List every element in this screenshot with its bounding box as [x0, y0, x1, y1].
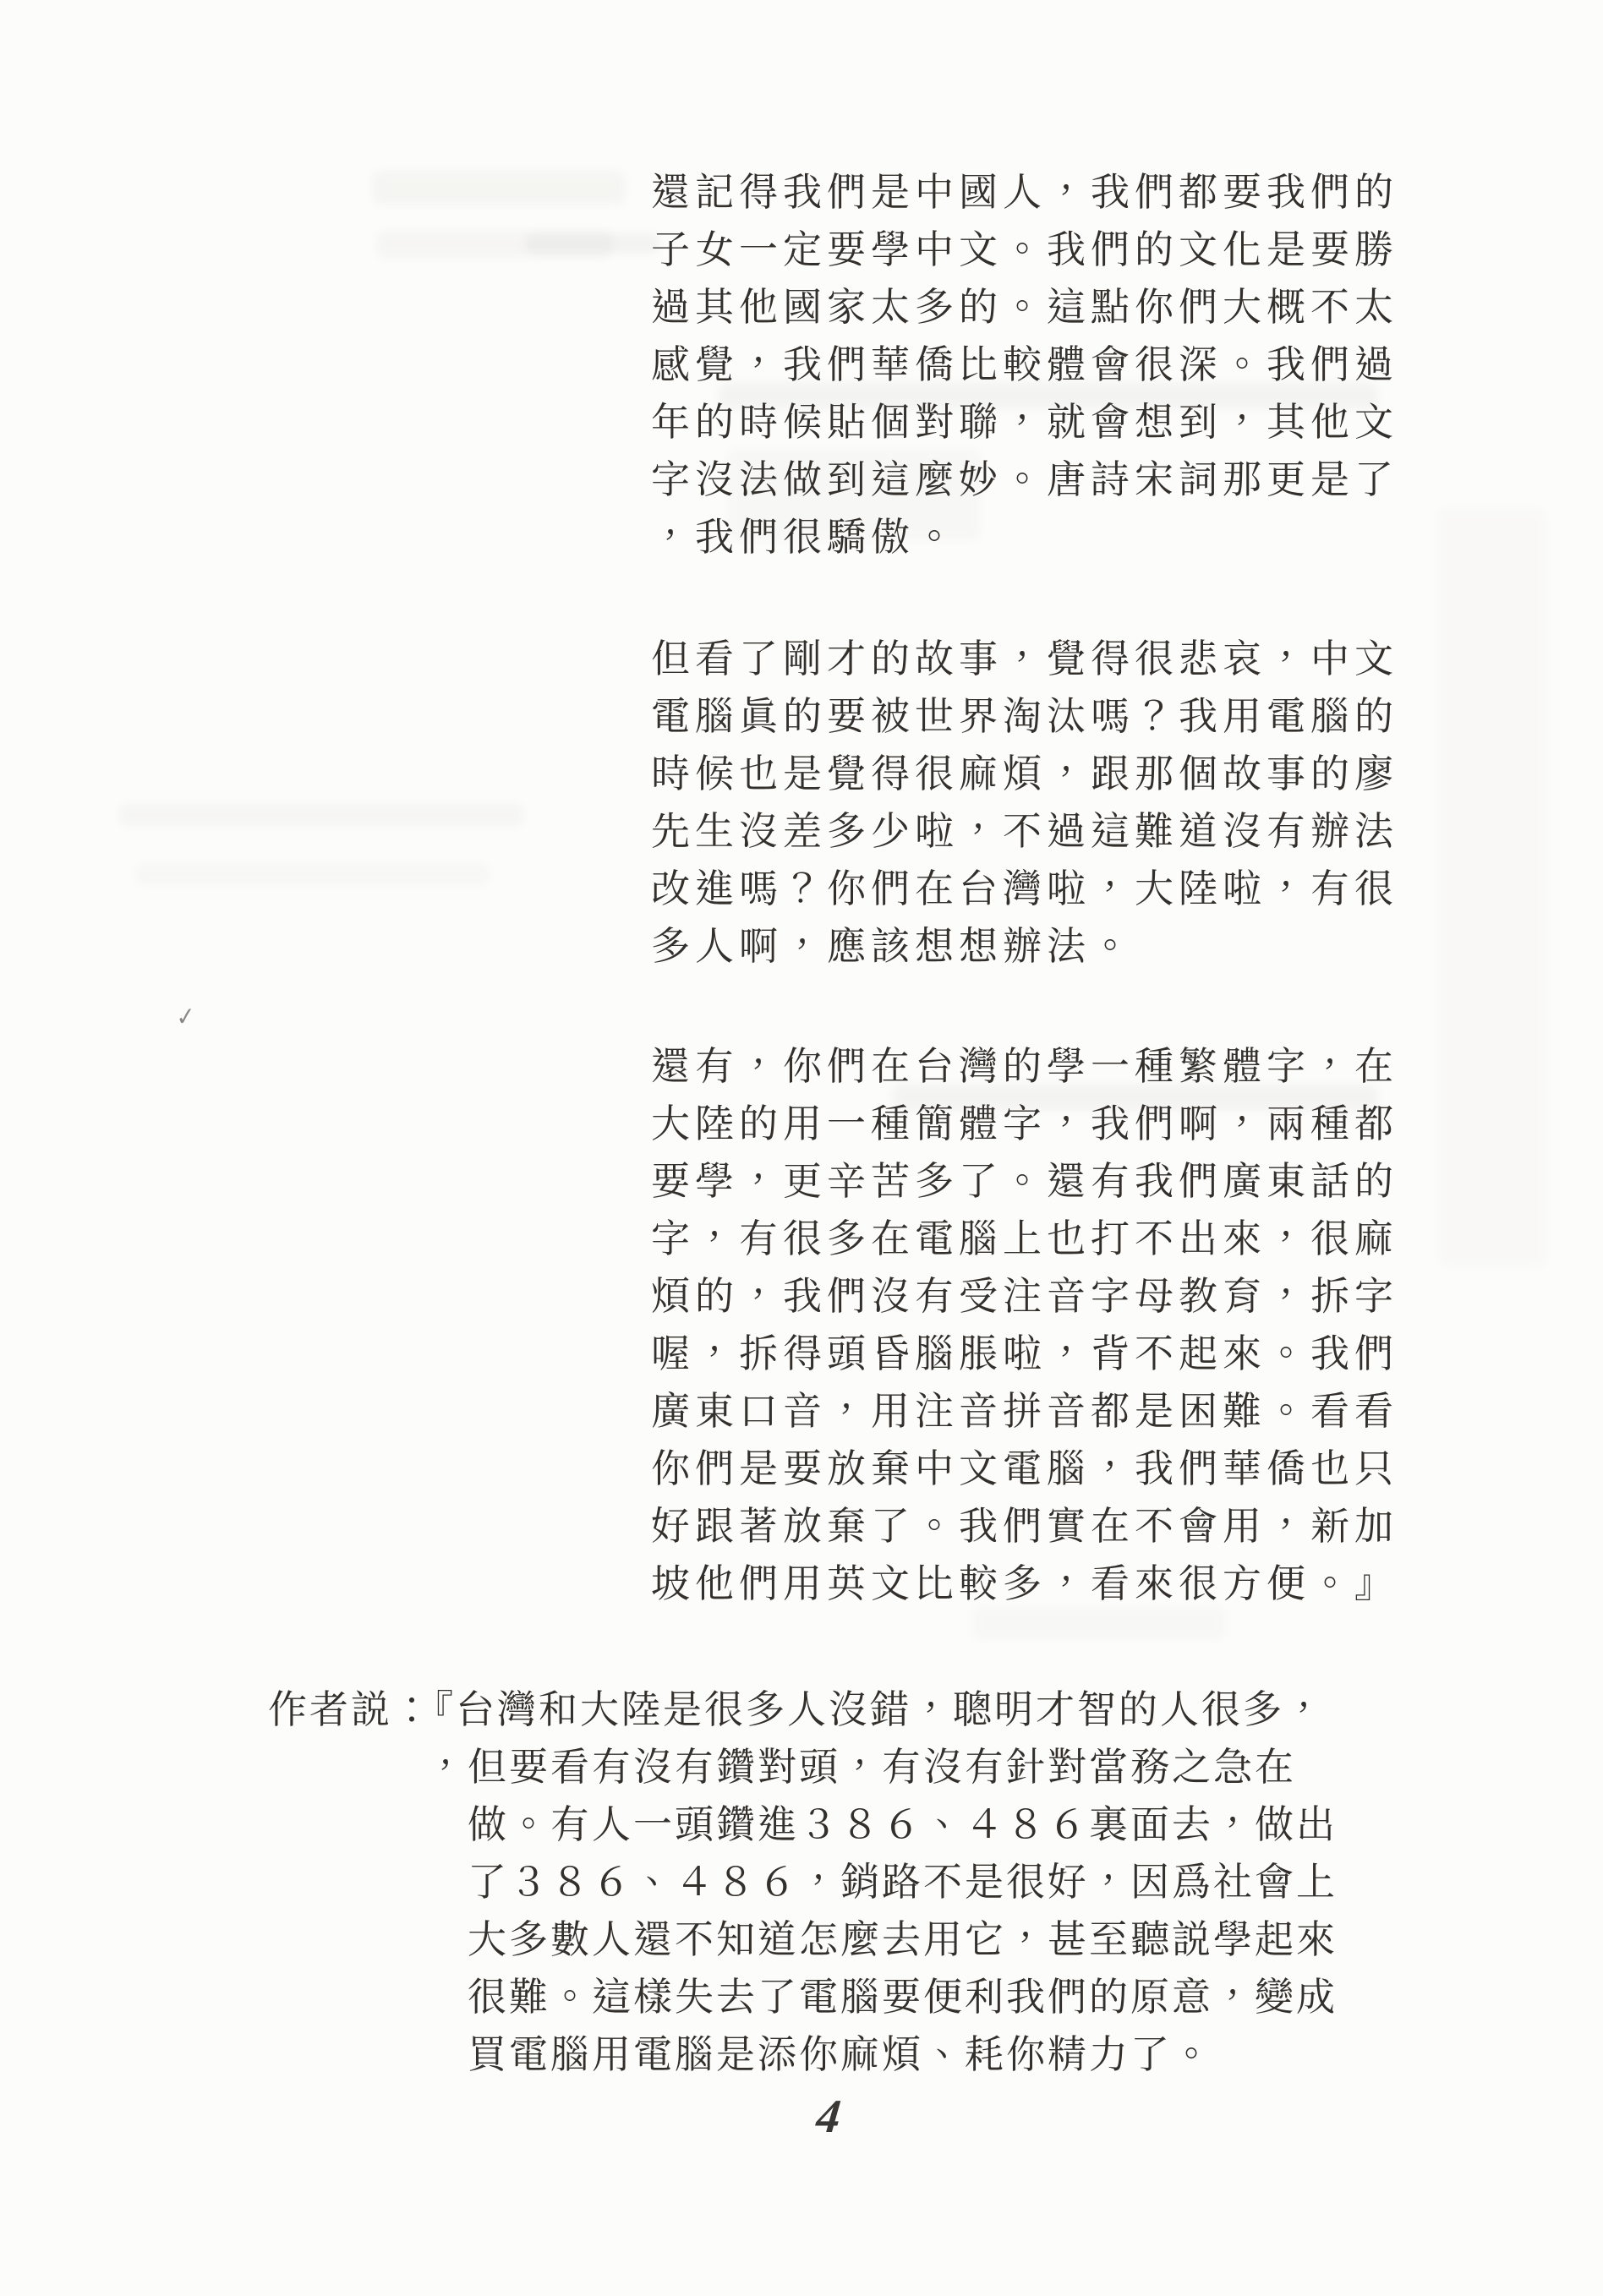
bleedthrough-smudge	[118, 803, 524, 827]
page-number: 4	[784, 2090, 874, 2144]
text-line: 先生沒差多少啦，不過這難道沒有辦法	[651, 803, 1398, 861]
quote-paragraph-1: 還記得我們是中國人，我們都要我們的子女一定要學中文。我們的文化是要勝過其他國家太…	[651, 164, 1398, 566]
text-line: 你們是要放棄中文電腦，我們華僑也只	[651, 1440, 1398, 1498]
text-line: 但看了剛才的故事，覺得很悲哀，中文	[651, 631, 1398, 688]
text-line: 還有，你們在台灣的學一種繁體字，在	[651, 1038, 1398, 1096]
text-line: 買電腦用電腦是添你麻煩、耗你精力了。	[468, 2026, 1338, 2084]
text-line: 感覺，我們華僑比較體會很深。我們過	[651, 336, 1398, 394]
text-line: 好跟著放棄了。我們實在不會用，新加	[651, 1498, 1398, 1555]
text-line: 很難。這樣失去了電腦要便利我們的原意，變成	[468, 1969, 1338, 2026]
bleedthrough-smudge	[135, 862, 490, 886]
text-line: 字，有很多在電腦上也打不出來，很麻	[651, 1211, 1398, 1268]
text-line: 大陸的用一種簡體字，我們啊，兩種都	[651, 1096, 1398, 1153]
text-line: ，但要看有沒有鑽對頭，有沒有針對當務之急在	[426, 1739, 1338, 1796]
text-line: 字沒法做到這麼妙。唐詩宋詞那更是了	[651, 451, 1398, 509]
text-line: 坡他們用英文比較多，看來很方便。』	[651, 1555, 1398, 1613]
scanned-page: ✓ 還記得我們是中國人，我們都要我們的子女一定要學中文。我們的文化是要勝過其他國…	[0, 0, 1603, 2296]
text-line: 子女一定要學中文。我們的文化是要勝	[651, 221, 1398, 279]
bleedthrough-smudge	[372, 171, 626, 205]
quote-paragraph-3: 還有，你們在台灣的學一種繁體字，在大陸的用一種簡體字，我們啊，兩種都要學，更辛苦…	[651, 1038, 1398, 1613]
text-line: 作者説：『台灣和大陸是很多人沒錯，聰明才智的人很多，	[268, 1681, 1338, 1739]
text-line: 大多數人還不知道怎麼去用它，甚至聽説學起來	[468, 1911, 1338, 1969]
text-line: 過其他國家太多的。這點你們大概不太	[651, 279, 1398, 336]
text-line: 時候也是覺得很麻煩，跟那個故事的廖	[651, 746, 1398, 803]
bleedthrough-smudge	[1437, 507, 1547, 1268]
text-line: 做。有人一頭鑽進３８６、４８６裏面去，做出	[468, 1796, 1338, 1854]
text-line: 年的時候貼個對聯，就會想到，其他文	[651, 394, 1398, 451]
text-line: ，我們很驕傲。	[651, 509, 1398, 566]
quote-paragraph-2: 但看了剛才的故事，覺得很悲哀，中文電腦眞的要被世界淘汰嗎？我用電腦的時候也是覺得…	[651, 631, 1398, 976]
bleedthrough-smudge	[376, 230, 613, 259]
text-line: 電腦眞的要被世界淘汰嗎？我用電腦的	[651, 688, 1398, 746]
text-line: 還記得我們是中國人，我們都要我們的	[651, 164, 1398, 221]
author-comment-paragraph: 作者説：『台灣和大陸是很多人沒錯，聰明才智的人很多，，但要看有沒有鑽對頭，有沒有…	[268, 1681, 1338, 2084]
stray-tick-mark: ✓	[175, 1001, 197, 1032]
text-line: 多人啊，應該想想辦法。	[651, 918, 1398, 976]
text-line: 廣東口音，用注音拼音都是困難。看看	[651, 1383, 1398, 1440]
text-line: 了３８６、４８６，銷路不是很好，因爲社會上	[468, 1854, 1338, 1911]
text-line: 喔，拆得頭昏腦脹啦，背不起來。我們	[651, 1326, 1398, 1383]
text-line: 要學，更辛苦多了。還有我們廣東話的	[651, 1153, 1398, 1211]
text-line: 改進嗎？你們在台灣啦，大陸啦，有很	[651, 861, 1398, 918]
text-line: 煩的，我們沒有受注音字母教育，拆字	[651, 1268, 1398, 1326]
